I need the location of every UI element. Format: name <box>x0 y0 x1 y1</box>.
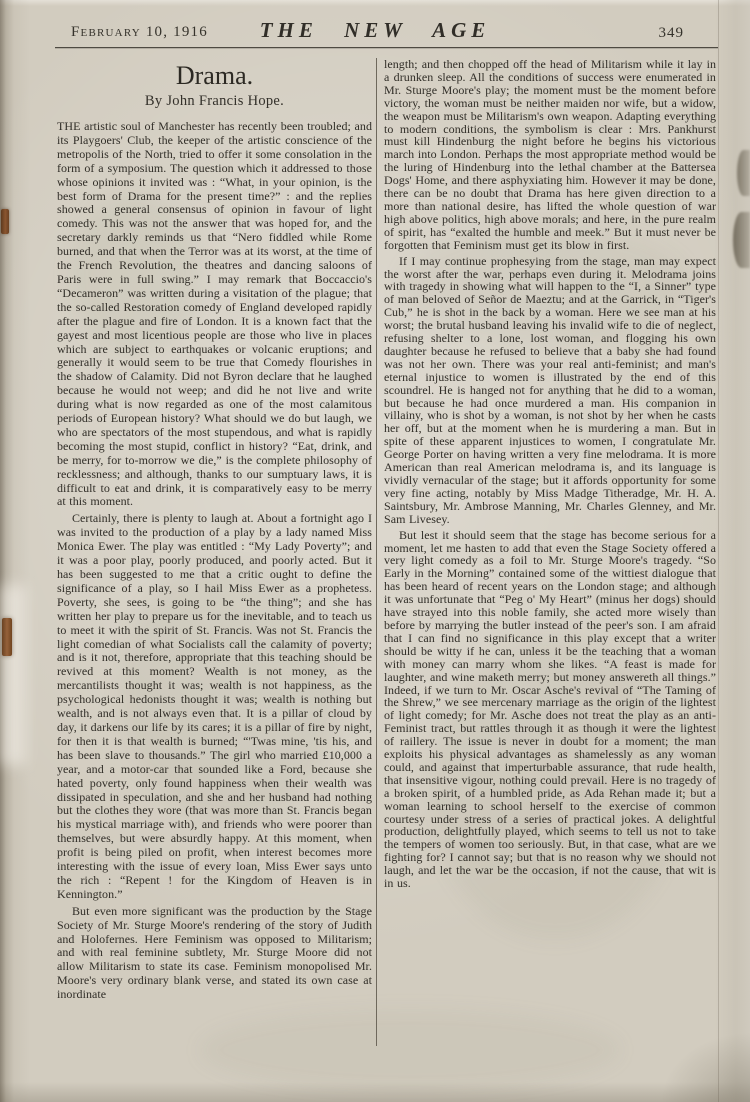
torn-edge-mark-upper <box>737 150 750 196</box>
article-paragraph: If I may continue prophesying from the s… <box>384 255 716 526</box>
staple-mark-bottom <box>2 618 12 656</box>
article-columns: Drama. By John Francis Hope. THE artisti… <box>57 58 717 1046</box>
article-title: Drama. <box>57 61 372 91</box>
page-header: February 10, 1916 THE NEW AGE 349 <box>0 0 750 48</box>
article-paragraph: THE artistic soul of Manchester has rece… <box>57 120 372 509</box>
column-divider <box>376 58 377 1046</box>
right-column: length; and then chopped off the head of… <box>384 58 716 1046</box>
article-paragraph: But even more significant was the produc… <box>57 905 372 1002</box>
header-rule <box>55 47 718 48</box>
article-paragraph: Certainly, there is plenty to laugh at. … <box>57 512 372 901</box>
torn-edge-mark-lower <box>733 212 750 268</box>
staple-mark-top <box>1 209 9 234</box>
article-paragraph: length; and then chopped off the head of… <box>384 58 716 252</box>
page-number: 349 <box>659 25 685 42</box>
article-paragraph: But lest it should seem that the stage h… <box>384 529 716 890</box>
article-byline: By John Francis Hope. <box>57 93 372 110</box>
left-column: Drama. By John Francis Hope. THE artisti… <box>57 58 372 1046</box>
page-edge-crease <box>718 0 719 1102</box>
paper-fold-highlight <box>0 585 26 765</box>
scanned-page: February 10, 1916 THE NEW AGE 349 Drama.… <box>0 0 750 1102</box>
masthead-title: THE NEW AGE <box>0 18 750 43</box>
corner-shadow <box>660 1032 750 1102</box>
